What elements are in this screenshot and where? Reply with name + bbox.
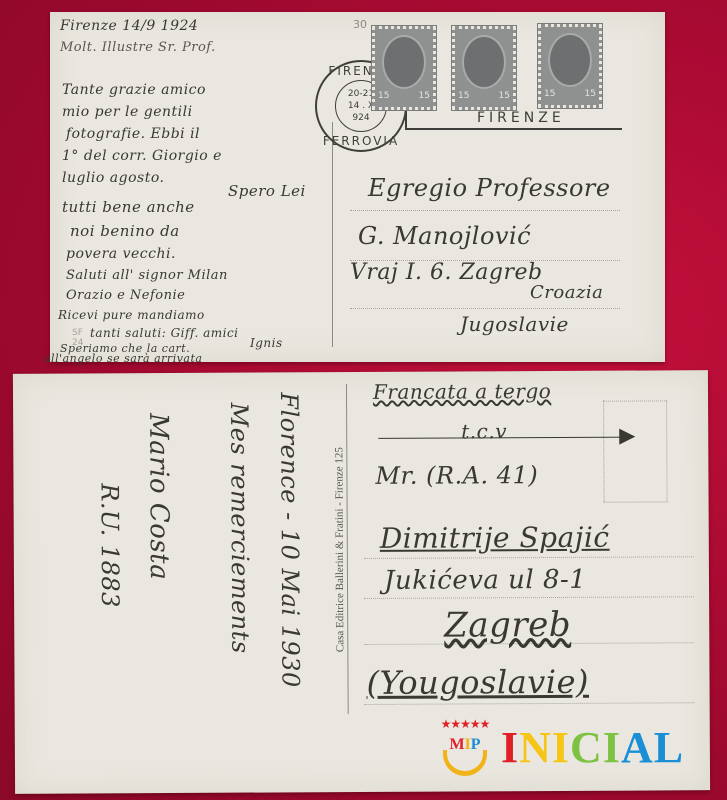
address-line: Vraj I. 6. Zagreb — [350, 260, 543, 285]
message-line: Florence - 10 Mai 1930 — [275, 392, 305, 688]
address-line: Egregio Professore — [368, 174, 611, 202]
stamp-placeholder-box — [603, 400, 668, 502]
address-rule — [350, 308, 620, 309]
postage-stamp: 1515 — [372, 26, 436, 110]
address-line: Croazia — [530, 282, 603, 303]
address-line: Dimitrije Spajić — [380, 521, 610, 555]
stars-icon: ★★★★★ — [437, 718, 493, 730]
recipient-address: Francata a tergo t.c.v Mr. (R.A. 41) Dim… — [13, 370, 708, 374]
message-line: Mario Costa — [143, 413, 174, 580]
publisher-imprint: Casa Editrice Ballerini & Fratini - Fire… — [333, 447, 346, 652]
address-rule — [364, 596, 694, 599]
address-line: G. Manojlović — [358, 222, 531, 250]
cancellation-text: FIRENZE — [477, 110, 565, 126]
stamp-value: 15 — [585, 89, 596, 99]
postmark-office: FERROVIA — [317, 134, 405, 148]
message-line: tanti saluti: Giff. amici — [90, 326, 239, 340]
address-rule — [350, 210, 620, 211]
king-portrait-icon — [548, 33, 592, 87]
brand-letter: I — [552, 723, 570, 772]
brand-letter: L — [654, 723, 684, 772]
brand-name: INICIAL — [501, 726, 684, 770]
postmark-date: 14 . X — [348, 100, 374, 112]
message-line: tutti bene anche — [62, 198, 195, 216]
message-line: Saluti all' signor Milan — [66, 268, 228, 283]
address-rule — [364, 556, 694, 559]
message-line: Spero Lei — [228, 182, 306, 200]
message-line: mio per le gentili — [62, 104, 193, 120]
address-line: Zagreb — [444, 605, 571, 646]
postcard-front-1924: 30 Firenze 14/9 1924 Molt. Illustre Sr. … — [50, 12, 665, 362]
stamp-value: 15 — [499, 91, 510, 101]
brand-letter: C — [570, 723, 603, 772]
address-line: Francata a tergo — [373, 379, 551, 404]
king-portrait-icon — [462, 35, 506, 89]
postage-stamp: 1515 — [452, 26, 516, 110]
message-line: luglio agosto. — [62, 170, 164, 186]
message-line: Firenze 14/9 1924 — [60, 18, 198, 34]
message-line: Molt. Illustre Sr. Prof. — [60, 40, 216, 55]
message-line: Orazio e Nefonie — [66, 288, 185, 303]
message-line: 1° del corr. Giorgio e — [62, 148, 222, 164]
postmark-year: 924 — [352, 112, 369, 124]
message-line: all'angelo se sarà arrivata — [44, 352, 202, 365]
king-portrait-icon — [382, 35, 426, 89]
message-line: noi benino da — [70, 222, 180, 240]
address-line: Jugoslavie — [460, 312, 569, 336]
message-line: Ricevi pure mandiamo — [58, 308, 205, 322]
inicial-watermark-logo: ★★★★★ MIP INICIAL — [437, 718, 684, 778]
card-divider — [346, 384, 349, 714]
pencil-number: 30 — [353, 18, 367, 31]
mip-badge: ★★★★★ MIP — [437, 718, 493, 778]
message-line: povera vecchi. — [66, 246, 176, 262]
message-line: R.U. 1883 — [95, 483, 124, 608]
message-line: Mes remerciements — [225, 403, 254, 654]
message-line: fotografie. Ebbi il — [66, 126, 200, 142]
brand-letter: I — [603, 723, 621, 772]
brand-letter: A — [621, 723, 654, 772]
laurel-wreath-icon — [443, 750, 487, 776]
stamp-value: 15 — [458, 91, 469, 101]
card-divider — [332, 122, 333, 347]
postage-stamp: 1515 — [538, 24, 602, 108]
brand-letter: I — [501, 723, 519, 772]
address-line: t.c.v — [461, 419, 507, 443]
postmark-time: 20-21 — [348, 88, 374, 100]
message-line: Ignis — [250, 336, 283, 350]
stamp-value: 15 — [544, 89, 555, 99]
address-rule — [365, 702, 695, 705]
brand-letter: N — [519, 723, 552, 772]
handwritten-message: Florence - 10 Mai 1930 Mes remerciements… — [13, 370, 708, 374]
address-line: (Yougoslavie) — [366, 663, 589, 702]
address-line: Jukićeva ul 8-1 — [384, 565, 586, 596]
message-line: Tante grazie amico — [62, 82, 206, 98]
publisher-logo-mark: SF 24 — [72, 328, 90, 354]
stamp-value: 15 — [378, 91, 389, 101]
stamp-value: 15 — [419, 91, 430, 101]
address-line: Mr. (R.A. 41) — [375, 461, 538, 490]
